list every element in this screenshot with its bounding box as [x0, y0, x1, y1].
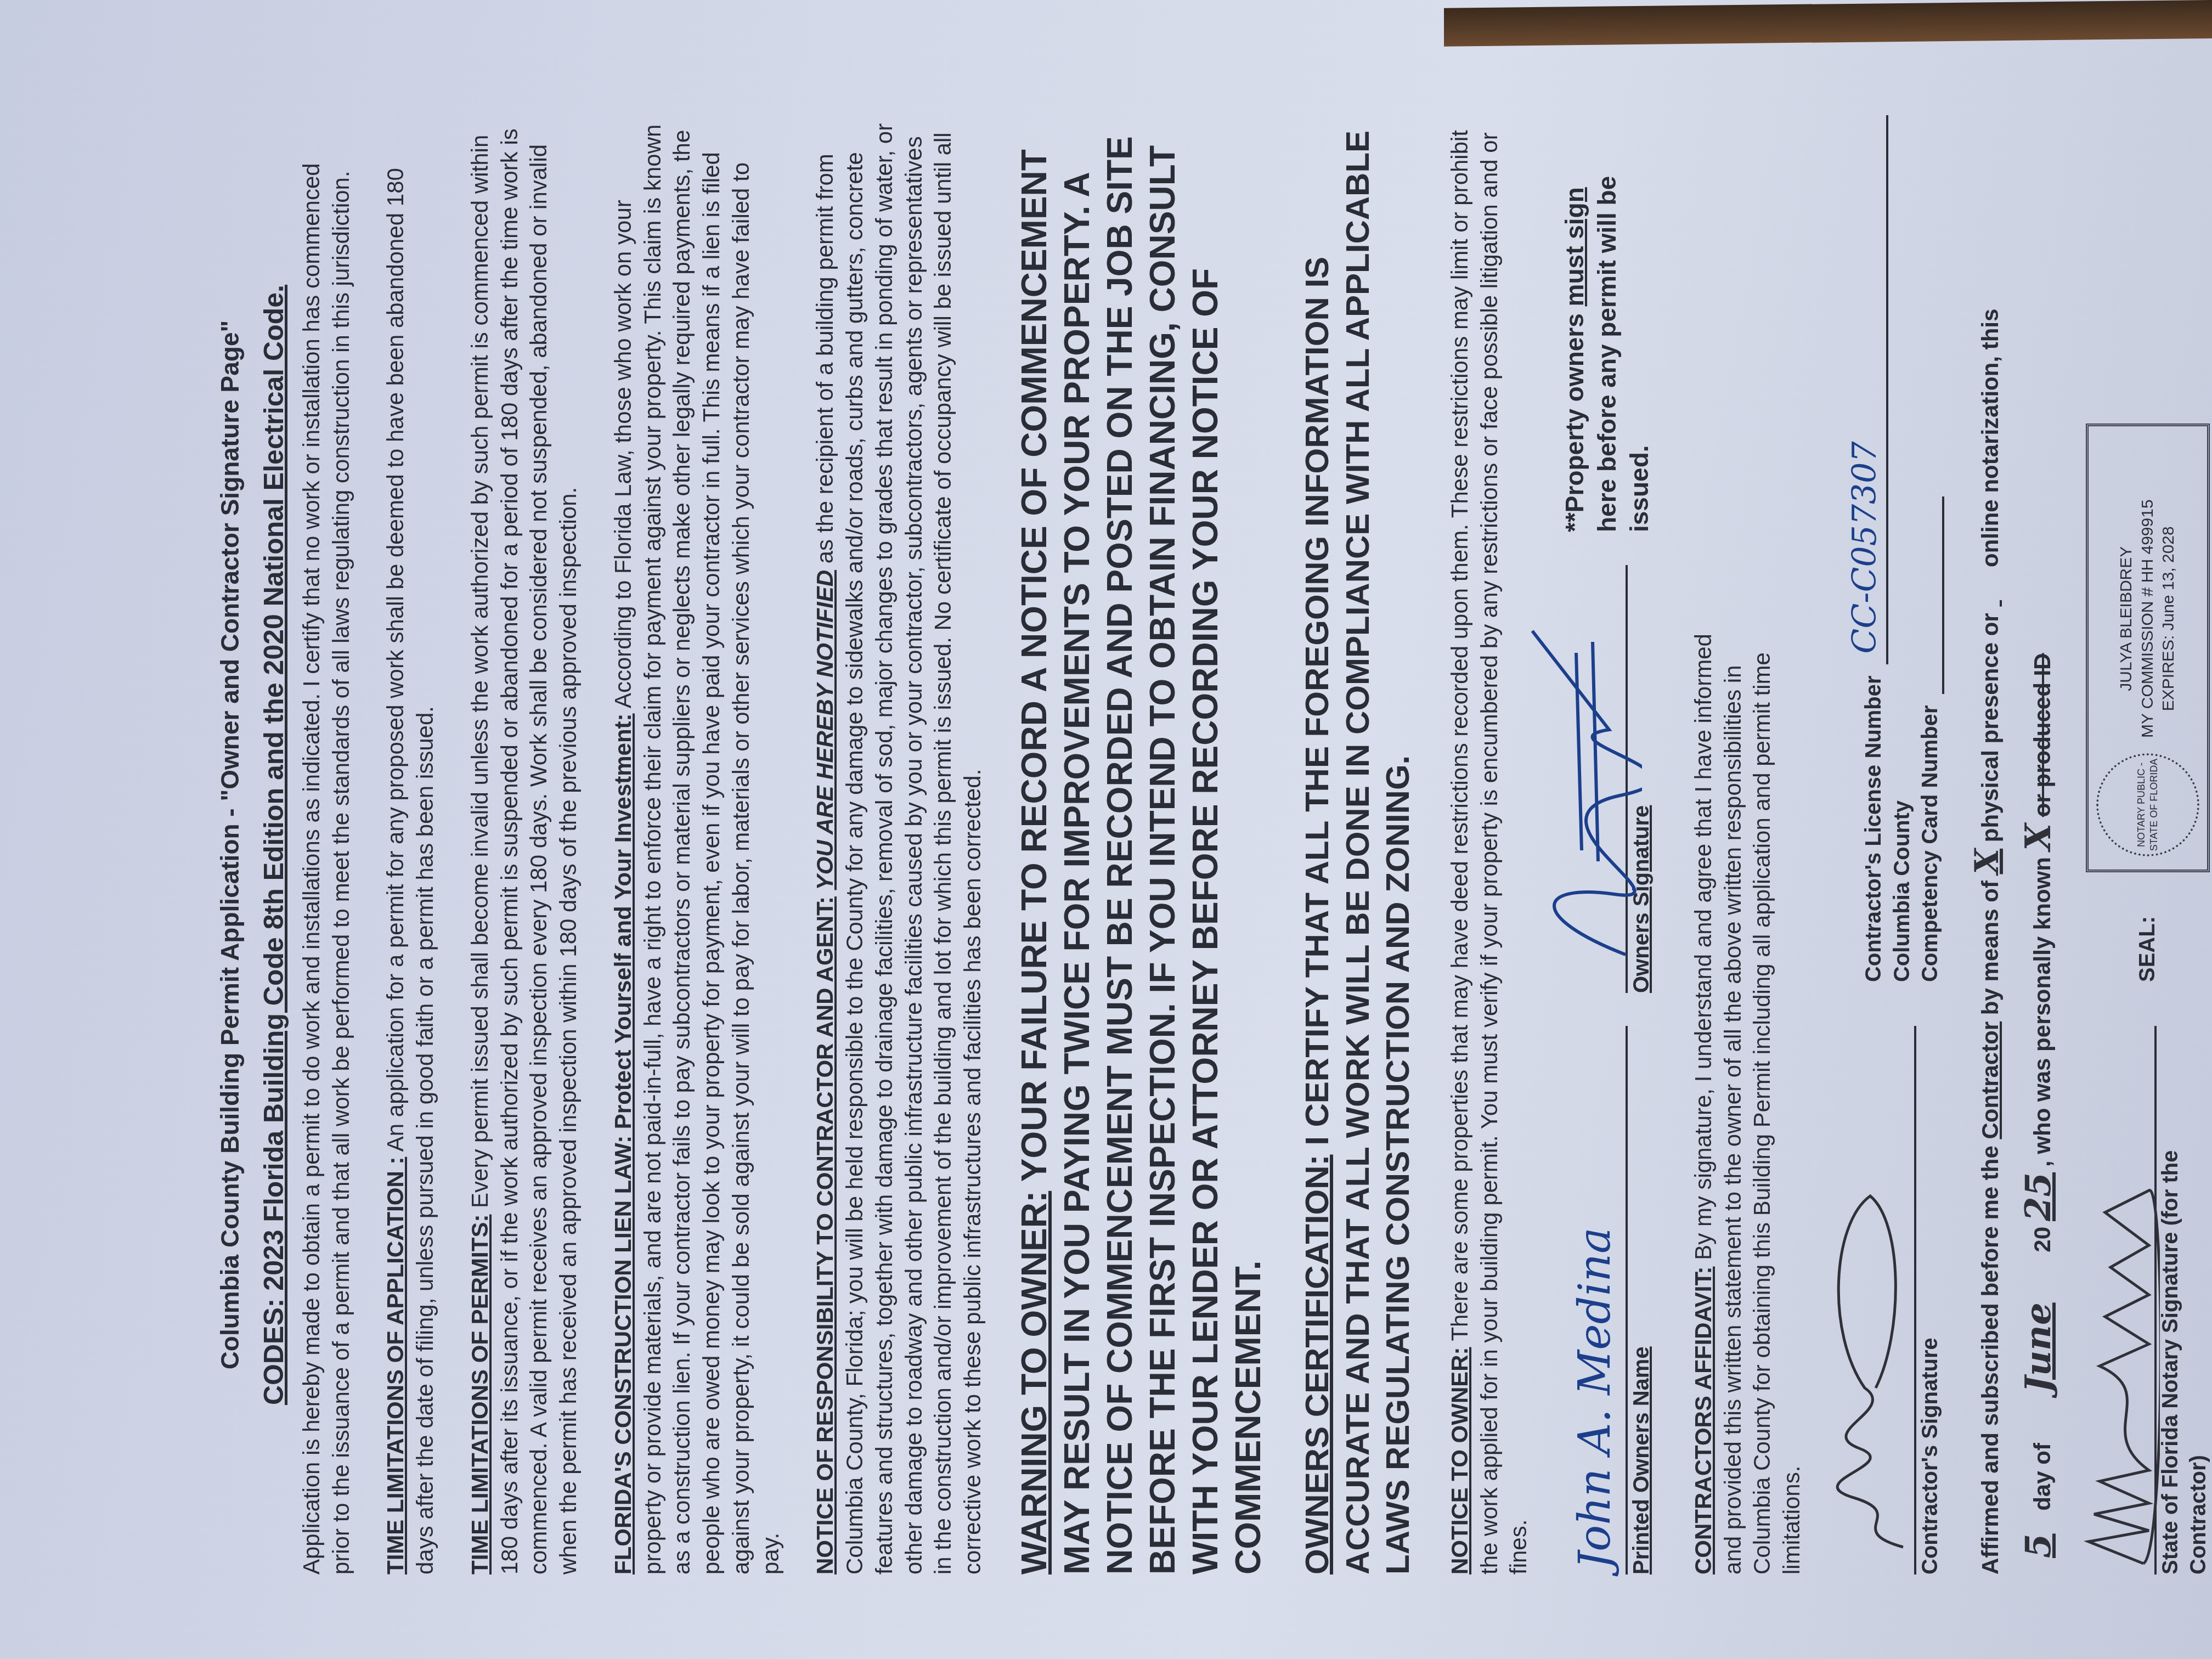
- section-body: as the recipient of a building permit fr…: [812, 123, 985, 1575]
- contractors-affidavit: CONTRACTORS AFFIDAVIT: By my signature, …: [1689, 614, 1807, 1575]
- warning-to-owner: WARNING TO OWNER: YOUR FAILURE TO RECORD…: [1013, 115, 1269, 1575]
- codes-line: CODES: 2023 Florida Building Code 8th Ed…: [256, 115, 291, 1575]
- day-field[interactable]: 5: [2018, 1517, 2059, 1575]
- contractor-signature-label: Contractor's Signature: [1916, 1026, 1944, 1575]
- document-title: Columbia County Building Permit Applicat…: [214, 115, 246, 1575]
- section-time-limitations-application: TIME LIMITATIONS OF APPLICATION : An app…: [381, 115, 440, 1575]
- printed-owner-name-value: John A. Medina: [1567, 1227, 1623, 1569]
- year-field[interactable]: 25: [2018, 1167, 2059, 1227]
- contractor-license-block: Contractor's License Number CC-C057307 C…: [1844, 115, 1944, 982]
- affirmed-line: Affirmed and subscribed before me the Co…: [1966, 115, 2008, 1575]
- stamp-name: JULYA BLEIBDREY: [2116, 499, 2137, 738]
- seal-label: SEAL:: [2134, 916, 2162, 982]
- notary-stamp: NOTARY PUBLIC - STATE OF FLORIDA JULYA B…: [2086, 424, 2210, 872]
- certification-heading: OWNERS CERTIFICATION:: [1299, 1155, 1335, 1575]
- owner-signature-row: John A. Medina Printed Owners Name Owner…: [1559, 115, 1656, 1575]
- intro-paragraph: Application is hereby made to obtain a p…: [297, 115, 356, 1575]
- license-number-field[interactable]: CC-C057307: [1844, 115, 1888, 664]
- section-notice-of-responsibility: NOTICE OF RESPONSIBILITY TO CONTRACTOR A…: [810, 115, 988, 1575]
- table-edge: [1444, 0, 2212, 47]
- owners-certification: OWNERS CERTIFICATION: I CERTIFY THAT ALL…: [1297, 115, 1418, 1575]
- section-heading: TIME LIMITATIONS OF APPLICATION :: [382, 1157, 408, 1575]
- permit-signature-page: Columbia County Building Permit Applicat…: [104, 82, 2145, 1607]
- owner-sign-note: **Property owners must sign here before …: [1559, 148, 1656, 532]
- section-emphasis: YOU ARE HEREBY NOTIFIED: [812, 570, 838, 890]
- notary-signature-label: State of Florida Notary Signature (for t…: [2157, 1026, 2212, 1575]
- contractor-signature-field[interactable]: Contractor's Signature: [1832, 1026, 1944, 1575]
- owner-signature-label: Owners Signature: [1628, 565, 1656, 993]
- notary-signature-scribble: [2078, 1081, 2160, 1575]
- personally-known-mark[interactable]: X: [2018, 823, 2059, 851]
- owner-signature-scribble: [1516, 620, 1642, 960]
- stamp-expires: EXPIRES: June 13, 2028: [2158, 499, 2179, 738]
- printed-owner-name-field[interactable]: John A. Medina Printed Owners Name: [1576, 1026, 1656, 1575]
- notary-row: State of Florida Notary Signature (for t…: [2083, 115, 2212, 1575]
- license-number-label: Contractor's License Number: [1860, 675, 1888, 982]
- notice-to-owner: NOTICE TO OWNER: There are some properti…: [1445, 115, 1533, 1575]
- competency-card-label: Competency Card Number: [1916, 705, 1944, 982]
- notice-heading: NOTICE TO OWNER:: [1447, 1347, 1472, 1575]
- notary-signature-field[interactable]: State of Florida Notary Signature (for t…: [2083, 1026, 2212, 1575]
- date-line: 5 day of June 2025, who was personally k…: [2016, 115, 2061, 1575]
- section-heading: FLORIDA'S CONSTRUCTION LIEN LAW: Protect…: [610, 713, 636, 1575]
- month-field[interactable]: June: [2018, 1259, 2059, 1436]
- contractor-signature-scribble: [1821, 1169, 1914, 1553]
- competency-label-1: Columbia County: [1888, 115, 1916, 982]
- section-heading: NOTICE OF RESPONSIBILITY TO CONTRACTOR A…: [812, 896, 838, 1575]
- section-body: According to Florida Law, those who work…: [610, 125, 783, 1575]
- section-lien-law: FLORIDA'S CONSTRUCTION LIEN LAW: Protect…: [608, 115, 786, 1575]
- contractor-row: Contractor's Signature Contractor's Lice…: [1832, 115, 1944, 1575]
- owner-signature-field[interactable]: Owners Signature: [1576, 565, 1656, 993]
- affidavit-heading: CONTRACTORS AFFIDAVIT:: [1690, 1266, 1716, 1575]
- section-heading: TIME LIMITATIONS OF PERMITS:: [467, 1215, 493, 1575]
- stamp-commission: MY COMMISSION # HH 499915: [2137, 499, 2158, 738]
- notary-seal-icon: NOTARY PUBLIC - STATE OF FLORIDA: [2096, 753, 2199, 856]
- online-notarization-blank[interactable]: [1976, 574, 2005, 607]
- warning-heading: WARNING TO OWNER:: [1014, 1191, 1054, 1575]
- printed-owner-name-label: Printed Owners Name: [1628, 1026, 1656, 1575]
- affidavit-row: CONTRACTORS AFFIDAVIT: By my signature, …: [1689, 115, 1832, 1575]
- competency-card-field[interactable]: [1920, 496, 1944, 694]
- section-time-limitations-permits: TIME LIMITATIONS OF PERMITS: Every permi…: [465, 115, 583, 1575]
- physical-presence-mark[interactable]: X: [1968, 849, 2006, 874]
